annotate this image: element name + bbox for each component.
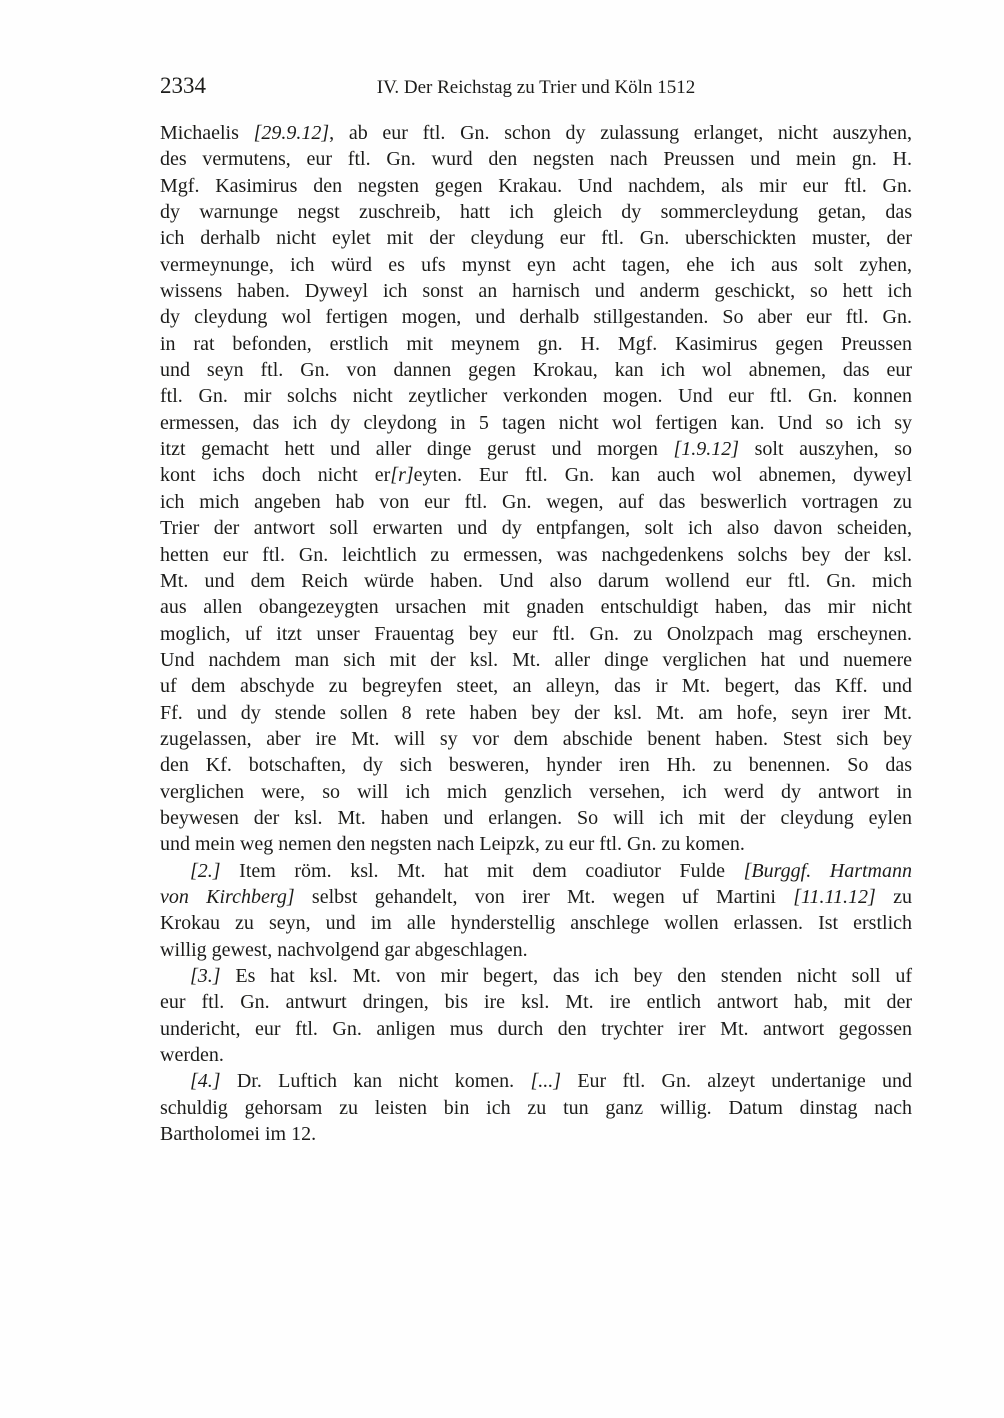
text-line: ftl. Gn. mir solchs nicht zeytlicher ver…	[160, 383, 912, 409]
text-line: des vermutens, eur ftl. Gn. wurd den neg…	[160, 146, 912, 172]
text-run: undericht, eur ftl. Gn. anligen mus durc…	[160, 1018, 912, 1040]
text-run: Krokau zu seyn, und im alle hynderstelli…	[160, 912, 912, 934]
text-line: und seyn ftl. Gn. von dannen gegen Kroka…	[160, 357, 912, 383]
text-line: beywesen der ksl. Mt. haben und erlangen…	[160, 805, 912, 831]
text-line: schuldig gehorsam zu leisten bin ich zu …	[160, 1095, 912, 1121]
text-run: Und nachdem man sich mit der ksl. Mt. al…	[160, 649, 912, 671]
text-run: uf dem abschyde zu begreyfen steet, an a…	[160, 675, 912, 697]
italic-run: [4.]	[190, 1070, 221, 1092]
text-line: ermessen, das ich dy cleydong in 5 tagen…	[160, 410, 912, 436]
text-line: [2.] Item röm. ksl. Mt. hat mit dem coad…	[160, 858, 912, 884]
text-line: aus allen obangezeygten ursachen mit gna…	[160, 594, 912, 620]
text-run: moglich, uf itzt unser Frauentag bey eur…	[160, 623, 912, 645]
text-run: vermeynunge, ich würd es ufs mynst eyn a…	[160, 254, 912, 276]
text-run: beywesen der ksl. Mt. haben und erlangen…	[160, 807, 912, 829]
text-run: selbst gehandelt, von irer Mt. wegen uf …	[295, 886, 794, 908]
italic-run: [29.9.12]	[254, 122, 330, 144]
text-line: Bartholomei im 12.	[160, 1121, 912, 1147]
text-run: schuldig gehorsam zu leisten bin ich zu …	[160, 1097, 912, 1119]
text-run: ich derhalb nicht eylet mit der cleydung…	[160, 227, 912, 249]
text-run: Dr. Luftich kan nicht komen.	[221, 1070, 531, 1092]
italic-run: [2.]	[190, 860, 221, 882]
text-run: und seyn ftl. Gn. von dannen gegen Kroka…	[160, 359, 912, 381]
text-run: Eur ftl. Gn. alzeyt undertanige und	[561, 1070, 912, 1092]
text-line: wissens haben. Dyweyl ich sonst an harni…	[160, 278, 912, 304]
text-line: kont ichs doch nicht er[r]eyten. Eur ftl…	[160, 462, 912, 488]
text-run: dy cleydung wol fertigen mogen, und derh…	[160, 306, 912, 328]
text-line: [4.] Dr. Luftich kan nicht komen. [...] …	[160, 1068, 912, 1094]
text-run: Mt. und dem Reich würde haben. Und also …	[160, 570, 912, 592]
text-line: ich derhalb nicht eylet mit der cleydung…	[160, 225, 912, 251]
text-run: Item röm. ksl. Mt. hat mit dem coadiutor…	[221, 860, 744, 882]
text-line: uf dem abschyde zu begreyfen steet, an a…	[160, 673, 912, 699]
text-run: , ab eur ftl. Gn. schon dy zulassung erl…	[329, 122, 912, 144]
text-run: itzt gemacht hett und aller dinge gerust…	[160, 438, 673, 460]
text-run: kont ichs doch nicht er	[160, 464, 390, 486]
text-line: Mt. und dem Reich würde haben. Und also …	[160, 568, 912, 594]
text-run: hetten eur ftl. Gn. leichtlich zu ermess…	[160, 544, 912, 566]
text-line: itzt gemacht hett und aller dinge gerust…	[160, 436, 912, 462]
text-line: Michaelis [29.9.12], ab eur ftl. Gn. sch…	[160, 120, 912, 146]
italic-run: [1.9.12]	[673, 438, 739, 460]
text-line: in rat befonden, erstlich mit meynem gn.…	[160, 331, 912, 357]
text-line: Krokau zu seyn, und im alle hynderstelli…	[160, 910, 912, 936]
text-run: ermessen, das ich dy cleydong in 5 tagen…	[160, 412, 912, 434]
text-run: Es hat ksl. Mt. von mir begert, das ich …	[221, 965, 912, 987]
text-line: Trier der antwort soll erwarten und dy e…	[160, 515, 912, 541]
italic-run: [11.11.12]	[793, 886, 876, 908]
text-line: dy warnunge negst zuschreib, hatt ich gl…	[160, 199, 912, 225]
text-run: den Kf. botschaften, dy sich besweren, h…	[160, 754, 912, 776]
text-run: Mgf. Kasimirus den negsten gegen Krakau.…	[160, 175, 912, 197]
running-header-title: IV. Der Reichstag zu Trier und Köln 1512	[160, 76, 912, 100]
text-run: eyten. Eur ftl. Gn. kan auch wol abnemen…	[414, 464, 912, 486]
text-line: von Kirchberg] selbst gehandelt, von ire…	[160, 884, 912, 910]
paragraph: [2.] Item röm. ksl. Mt. hat mit dem coad…	[160, 858, 912, 963]
text-run: zu	[876, 886, 912, 908]
text-run: dy warnunge negst zuschreib, hatt ich gl…	[160, 201, 912, 223]
italic-run: [Burggf. Hartmann	[744, 860, 912, 882]
text-run: aus allen obangezeygten ursachen mit gna…	[160, 596, 912, 618]
paragraph: [4.] Dr. Luftich kan nicht komen. [...] …	[160, 1068, 912, 1147]
text-run: und mein weg nemen den negsten nach Leip…	[160, 833, 745, 855]
text-run: wissens haben. Dyweyl ich sonst an harni…	[160, 280, 912, 302]
text-line: eur ftl. Gn. antwurt dringen, bis ire ks…	[160, 989, 912, 1015]
book-page: 2334 IV. Der Reichstag zu Trier und Köln…	[0, 0, 1004, 1418]
text-run: ftl. Gn. mir solchs nicht zeytlicher ver…	[160, 385, 912, 407]
text-run: in rat befonden, erstlich mit meynem gn.…	[160, 333, 912, 355]
text-run: werden.	[160, 1044, 224, 1066]
italic-run: [...]	[530, 1070, 561, 1092]
text-line: den Kf. botschaften, dy sich besweren, h…	[160, 752, 912, 778]
text-run: verglichen were, so will ich mich genzli…	[160, 781, 912, 803]
text-run: zugelassen, aber ire Mt. will sy vor dem…	[160, 728, 912, 750]
running-head: 2334 IV. Der Reichstag zu Trier und Köln…	[160, 72, 912, 102]
text-line: Ff. und dy stende sollen 8 rete haben be…	[160, 700, 912, 726]
document-text: Michaelis [29.9.12], ab eur ftl. Gn. sch…	[160, 120, 912, 1147]
text-line: willig gewest, nachvolgend gar abgeschla…	[160, 937, 912, 963]
text-line: Mgf. Kasimirus den negsten gegen Krakau.…	[160, 173, 912, 199]
text-run: des vermutens, eur ftl. Gn. wurd den neg…	[160, 148, 912, 170]
text-run: Ff. und dy stende sollen 8 rete haben be…	[160, 702, 912, 724]
italic-run: von Kirchberg]	[160, 886, 295, 908]
text-run: Trier der antwort soll erwarten und dy e…	[160, 517, 912, 539]
text-line: vermeynunge, ich würd es ufs mynst eyn a…	[160, 252, 912, 278]
italic-run: [r]	[390, 464, 413, 486]
italic-run: [3.]	[190, 965, 221, 987]
text-run: ich mich angeben hab von eur ftl. Gn. we…	[160, 491, 912, 513]
text-run: Michaelis	[160, 122, 254, 144]
text-run: willig gewest, nachvolgend gar abgeschla…	[160, 939, 528, 961]
text-run: eur ftl. Gn. antwurt dringen, bis ire ks…	[160, 991, 912, 1013]
text-line: ich mich angeben hab von eur ftl. Gn. we…	[160, 489, 912, 515]
text-line: [3.] Es hat ksl. Mt. von mir begert, das…	[160, 963, 912, 989]
text-line: Und nachdem man sich mit der ksl. Mt. al…	[160, 647, 912, 673]
text-run: solt auszyhen, so	[739, 438, 912, 460]
text-line: moglich, uf itzt unser Frauentag bey eur…	[160, 621, 912, 647]
paragraph: [3.] Es hat ksl. Mt. von mir begert, das…	[160, 963, 912, 1068]
text-line: verglichen were, so will ich mich genzli…	[160, 779, 912, 805]
text-line: zugelassen, aber ire Mt. will sy vor dem…	[160, 726, 912, 752]
text-line: dy cleydung wol fertigen mogen, und derh…	[160, 304, 912, 330]
text-line: werden.	[160, 1042, 912, 1068]
text-line: undericht, eur ftl. Gn. anligen mus durc…	[160, 1016, 912, 1042]
text-line: hetten eur ftl. Gn. leichtlich zu ermess…	[160, 542, 912, 568]
text-run: Bartholomei im 12.	[160, 1123, 316, 1145]
paragraph: Michaelis [29.9.12], ab eur ftl. Gn. sch…	[160, 120, 912, 858]
text-line: und mein weg nemen den negsten nach Leip…	[160, 831, 912, 857]
